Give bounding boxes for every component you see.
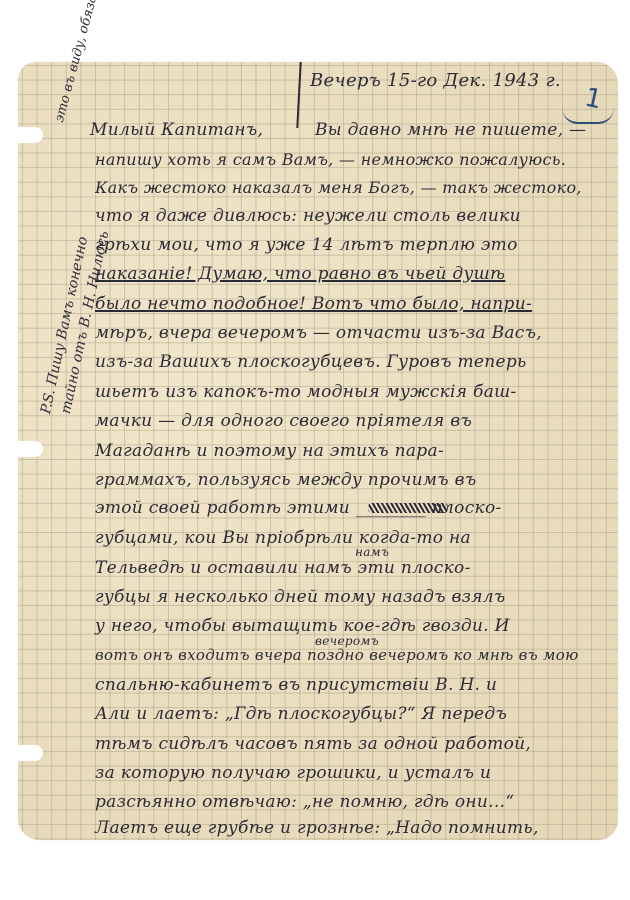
letter-line-21: Али и лаетъ: „Гдѣ плоскогубцы?“ Я передъ: [95, 706, 507, 723]
crossed-out-word: [368, 503, 448, 513]
letter-line-10: шьетъ изъ капокъ-то модныя мужскія баш-: [95, 384, 517, 401]
letter-line-13: граммахъ, пользуясь между прочимъ въ: [95, 472, 476, 489]
letter-line-4: что я даже дивлюсь: неужели столь велики: [95, 208, 521, 225]
letter-line-23: за которую получаю грошики, и усталъ и: [95, 765, 491, 782]
letter-line-12: Магаданѣ и поэтому на этихъ пара-: [95, 443, 444, 460]
letter-line-2: напишу хоть я самъ Вамъ, — немножко пожа…: [95, 152, 566, 168]
letter-line-7: было нечто подобное! Вотъ что было, напр…: [95, 296, 532, 313]
letter-line-8: мѣръ, вчера вечеромъ — отчасти изъ-за Ва…: [95, 325, 542, 342]
punch-hole-middle: [12, 441, 43, 457]
letter-line-25: Лаетъ еще грубѣе и грознѣе: „Надо помнит…: [95, 820, 539, 837]
letter-line-9: изъ-за Вашихъ плоскогубцевъ. Гуровъ тепе…: [95, 354, 527, 371]
letter-line-19: вотъ онъ входитъ вчера поздно вечеромъ к…: [95, 648, 579, 663]
date-line: Вечеръ 15-го Дек. 1943 г.: [310, 72, 561, 90]
letter-line-11: мачки — для одного своего пріятеля въ: [95, 413, 472, 430]
punch-hole-top: [12, 127, 43, 143]
punch-hole-bottom: [12, 745, 43, 761]
letter-line-1: Вы давно мнѣ не пишете, —: [315, 122, 586, 139]
letter-line-16: Тельведѣ и оставили намъ эти плоско-: [95, 560, 471, 577]
letter-line-6: наказаніе! Думаю, что равно въ чьей душѣ: [95, 266, 505, 283]
letter-line-24: разсѣянно отвѣчаю: „не помню, гдѣ они…“: [95, 794, 514, 811]
letter-line-5: грѣхи мои, что я уже 14 лѣтъ терплю это: [95, 237, 518, 254]
letter-line-15: губцами, кои Вы пріобрѣли когда-то на: [95, 530, 471, 547]
letter-line-3: Какъ жестоко наказалъ меня Богъ, — такъ …: [95, 180, 582, 196]
letter-line-18: у него, чтобы вытащить кое-гдѣ гвозди. И: [95, 618, 510, 635]
letter-line-22: тѣмъ сидѣлъ часовъ пять за одной работой…: [95, 736, 531, 753]
salutation: Милый Капитанъ,: [90, 122, 263, 139]
insertion-above-line-16: намъ: [355, 546, 389, 558]
letter-line-17: губцы я несколько дней тому назадъ взялъ: [95, 589, 506, 606]
letter-line-20: спальню-кабинетъ въ присутствіи В. Н. и: [95, 677, 497, 694]
